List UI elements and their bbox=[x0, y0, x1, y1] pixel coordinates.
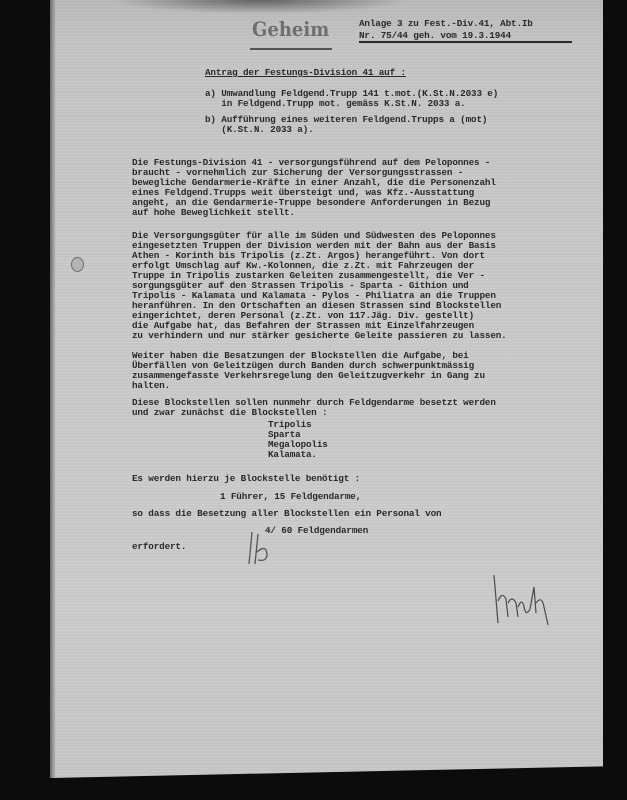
item-b-line-2: (K.St.N. 2033 a). bbox=[205, 125, 314, 136]
classification-stamp: Geheim bbox=[252, 17, 329, 41]
text-line: zu verhindern und nur stärker gesicherte… bbox=[132, 331, 507, 342]
text-line: und zwar zunächst die Blockstellen : bbox=[132, 408, 327, 419]
item-a-line-2: in Feldgend.Trupp mot. gemäss K.St.N. 20… bbox=[205, 99, 466, 110]
handwritten-initials-icon bbox=[246, 530, 272, 566]
scan-shadow bbox=[110, 0, 410, 14]
punch-hole-icon bbox=[71, 257, 84, 272]
page-edge-shadow bbox=[50, 0, 56, 778]
text-line: so dass die Besetzung aller Blockstellen… bbox=[132, 509, 441, 520]
document-page: Geheim Anlage 3 zu Fest.-Div.41, Abt.Ib … bbox=[50, 0, 603, 778]
text-line: halten. bbox=[132, 381, 170, 392]
text-line: Es werden hierzu je Blockstelle benötigt… bbox=[132, 474, 360, 485]
reference-line-1: Anlage 3 zu Fest.-Div.41, Abt.Ib bbox=[359, 19, 533, 30]
heading: Antrag der Festungs-Division 41 auf : bbox=[205, 68, 406, 79]
list-item: Kalamata. bbox=[268, 450, 317, 461]
reference-line-2: Nr. 75/44 geh. vom 19.3.1944 bbox=[359, 31, 511, 42]
text-line: zusammengefasste Verkehrsregelung den Ge… bbox=[132, 371, 485, 382]
text-line: auf hohe Beweglichkeit stellt. bbox=[132, 208, 295, 219]
stamp-underline bbox=[250, 48, 332, 50]
text-line: 1 Führer, 15 Feldgendarme, bbox=[220, 492, 361, 503]
text-line: erfordert. bbox=[132, 542, 186, 553]
reference-underline bbox=[359, 41, 572, 43]
handwritten-signature-icon bbox=[488, 573, 568, 633]
text-line: 4/ 60 Feldgendarmen bbox=[265, 526, 368, 537]
